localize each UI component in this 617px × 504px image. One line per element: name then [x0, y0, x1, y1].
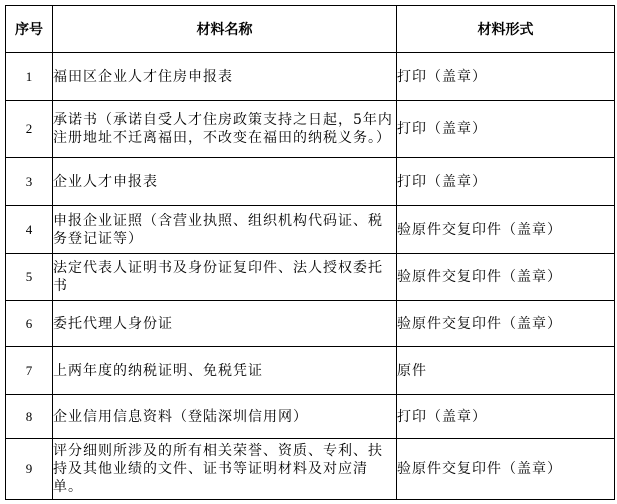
row-no: 5: [6, 254, 53, 301]
table-row: 3 企业人才申报表 打印（盖章）: [6, 158, 615, 206]
header-material-form: 材料形式: [397, 6, 615, 53]
row-no: 6: [6, 301, 53, 347]
row-material-name: 法定代表人证明书及身份证复印件、法人授权委托书: [53, 254, 397, 301]
table-row: 9 评分细则所涉及的所有相关荣誉、资质、专利、扶持及其他业绩的文件、证书等证明材…: [6, 439, 615, 500]
row-no: 9: [6, 439, 53, 500]
row-material-form: 打印（盖章）: [397, 53, 615, 101]
row-material-name: 企业信用信息资料（登陆深圳信用网）: [53, 395, 397, 439]
row-material-name: 申报企业证照（含营业执照、组织机构代码证、税务登记证等）: [53, 206, 397, 254]
table-row: 7 上两年度的纳税证明、免税凭证 原件: [6, 347, 615, 395]
row-material-form: 打印（盖章）: [397, 101, 615, 158]
table-row: 2 承诺书（承诺自受人才住房政策支持之日起，5年内注册地址不迁离福田，不改变在福…: [6, 101, 615, 158]
row-material-name: 承诺书（承诺自受人才住房政策支持之日起，5年内注册地址不迁离福田，不改变在福田的…: [53, 101, 397, 158]
table-row: 4 申报企业证照（含营业执照、组织机构代码证、税务登记证等） 验原件交复印件（盖…: [6, 206, 615, 254]
row-material-form: 验原件交复印件（盖章）: [397, 301, 615, 347]
row-material-form: 验原件交复印件（盖章）: [397, 439, 615, 500]
row-material-form: 打印（盖章）: [397, 158, 615, 206]
table-row: 6 委托代理人身份证 验原件交复印件（盖章）: [6, 301, 615, 347]
row-no: 3: [6, 158, 53, 206]
row-material-name: 委托代理人身份证: [53, 301, 397, 347]
row-material-form: 验原件交复印件（盖章）: [397, 254, 615, 301]
row-material-name: 上两年度的纳税证明、免税凭证: [53, 347, 397, 395]
materials-table: 序号 材料名称 材料形式 1 福田区企业人才住房申报表 打印（盖章） 2 承诺书…: [5, 5, 615, 500]
header-material-name: 材料名称: [53, 6, 397, 53]
table-row: 8 企业信用信息资料（登陆深圳信用网） 打印（盖章）: [6, 395, 615, 439]
table-row: 5 法定代表人证明书及身份证复印件、法人授权委托书 验原件交复印件（盖章）: [6, 254, 615, 301]
row-material-form: 打印（盖章）: [397, 395, 615, 439]
row-no: 2: [6, 101, 53, 158]
row-no: 1: [6, 53, 53, 101]
row-material-form: 验原件交复印件（盖章）: [397, 206, 615, 254]
row-no: 7: [6, 347, 53, 395]
row-material-form: 原件: [397, 347, 615, 395]
row-material-name: 评分细则所涉及的所有相关荣誉、资质、专利、扶持及其他业绩的文件、证书等证明材料及…: [53, 439, 397, 500]
table-row: 1 福田区企业人才住房申报表 打印（盖章）: [6, 53, 615, 101]
header-no: 序号: [6, 6, 53, 53]
row-no: 4: [6, 206, 53, 254]
row-material-name: 企业人才申报表: [53, 158, 397, 206]
row-no: 8: [6, 395, 53, 439]
table-header-row: 序号 材料名称 材料形式: [6, 6, 615, 53]
row-material-name: 福田区企业人才住房申报表: [53, 53, 397, 101]
